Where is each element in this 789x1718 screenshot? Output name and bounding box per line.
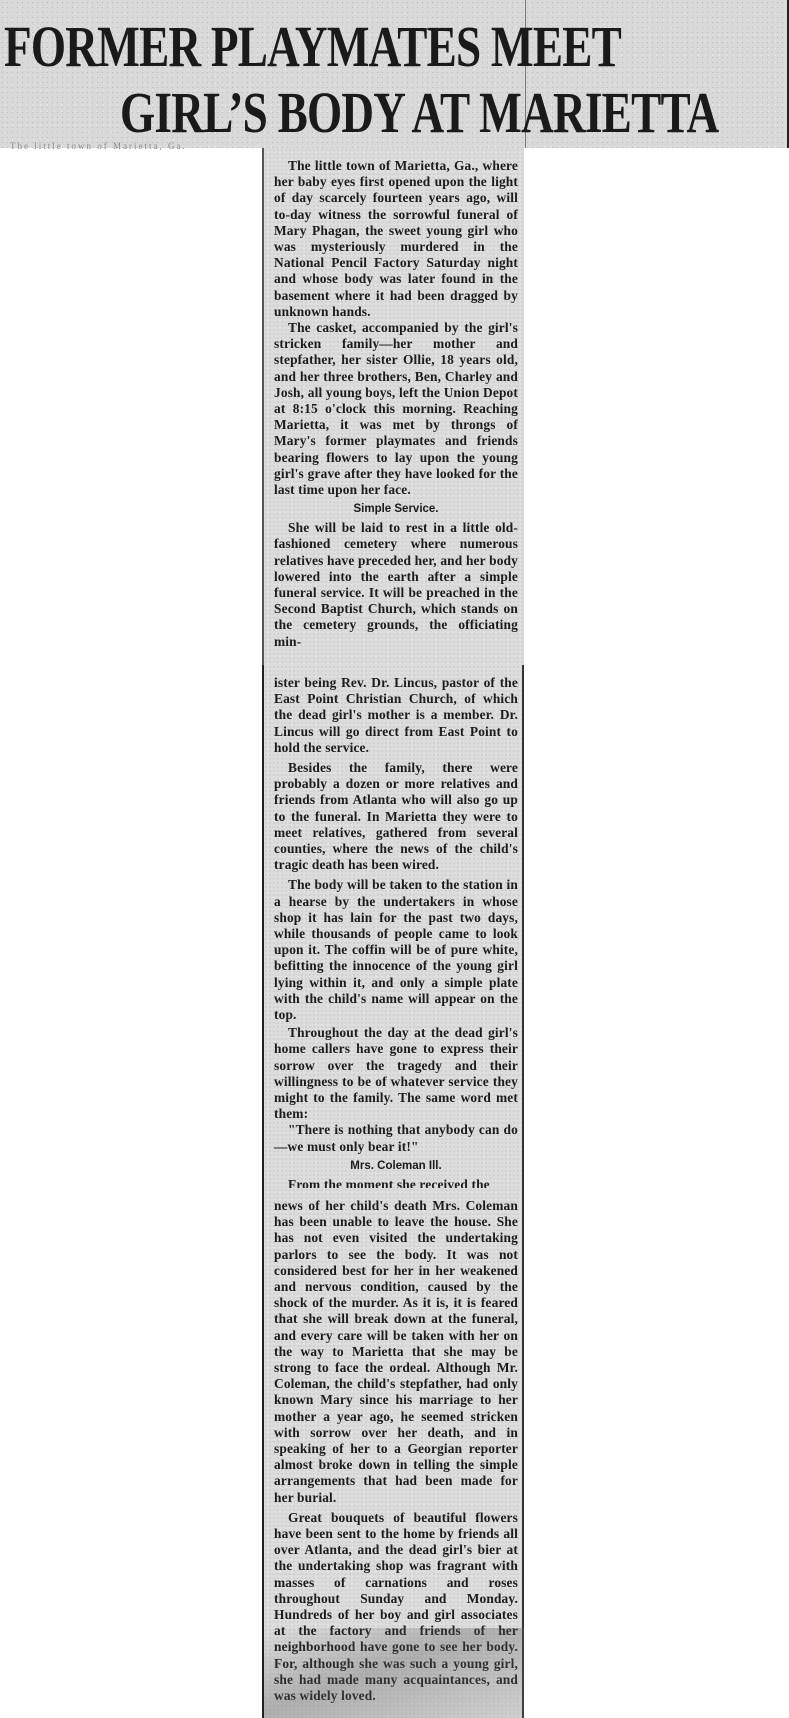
headline-line-1: FORMER PLAYMATES MEET (4, 18, 621, 76)
article-paragraph: The casket, accompanied by the girl's st… (274, 320, 518, 498)
article-paragraph: Besides the family, there were probably … (274, 760, 518, 873)
subheading-simple-service: Simple Service. (274, 501, 518, 517)
article-paragraph: The body will be taken to the station in… (274, 877, 518, 1023)
article-quote: "There is nothing that anybody can do—we… (274, 1122, 518, 1154)
article-paragraph: The little town of Marietta, Ga., where … (274, 158, 518, 320)
bleed-through-text: The little town of Marietta, Ga. (10, 141, 187, 151)
scan-shadow (264, 1628, 524, 1718)
article-column-part-1: The little town of Marietta, Ga., where … (262, 148, 524, 665)
subheading-mrs-coleman-ill: Mrs. Coleman Ill. (274, 1158, 518, 1174)
article-paragraph: Throughout the day at the dead girl's ho… (274, 1025, 518, 1122)
article-column-part-2: ister being Rev. Dr. Lincus, pastor of t… (262, 665, 524, 1188)
article-paragraph-continued: ister being Rev. Dr. Lincus, pastor of t… (274, 675, 518, 756)
headline-banner: FORMER PLAYMATES MEET GIRL’S BODY AT MAR… (0, 0, 789, 148)
headline-line-2: GIRL’S BODY AT MARIETTA (120, 84, 718, 142)
article-column-part-3: news of her child's death Mrs. Coleman h… (262, 1188, 524, 1718)
article-paragraph: She will be laid to rest in a little old… (274, 520, 518, 650)
column-rule (522, 665, 524, 1188)
article-paragraph-continued: news of her child's death Mrs. Coleman h… (274, 1198, 518, 1506)
